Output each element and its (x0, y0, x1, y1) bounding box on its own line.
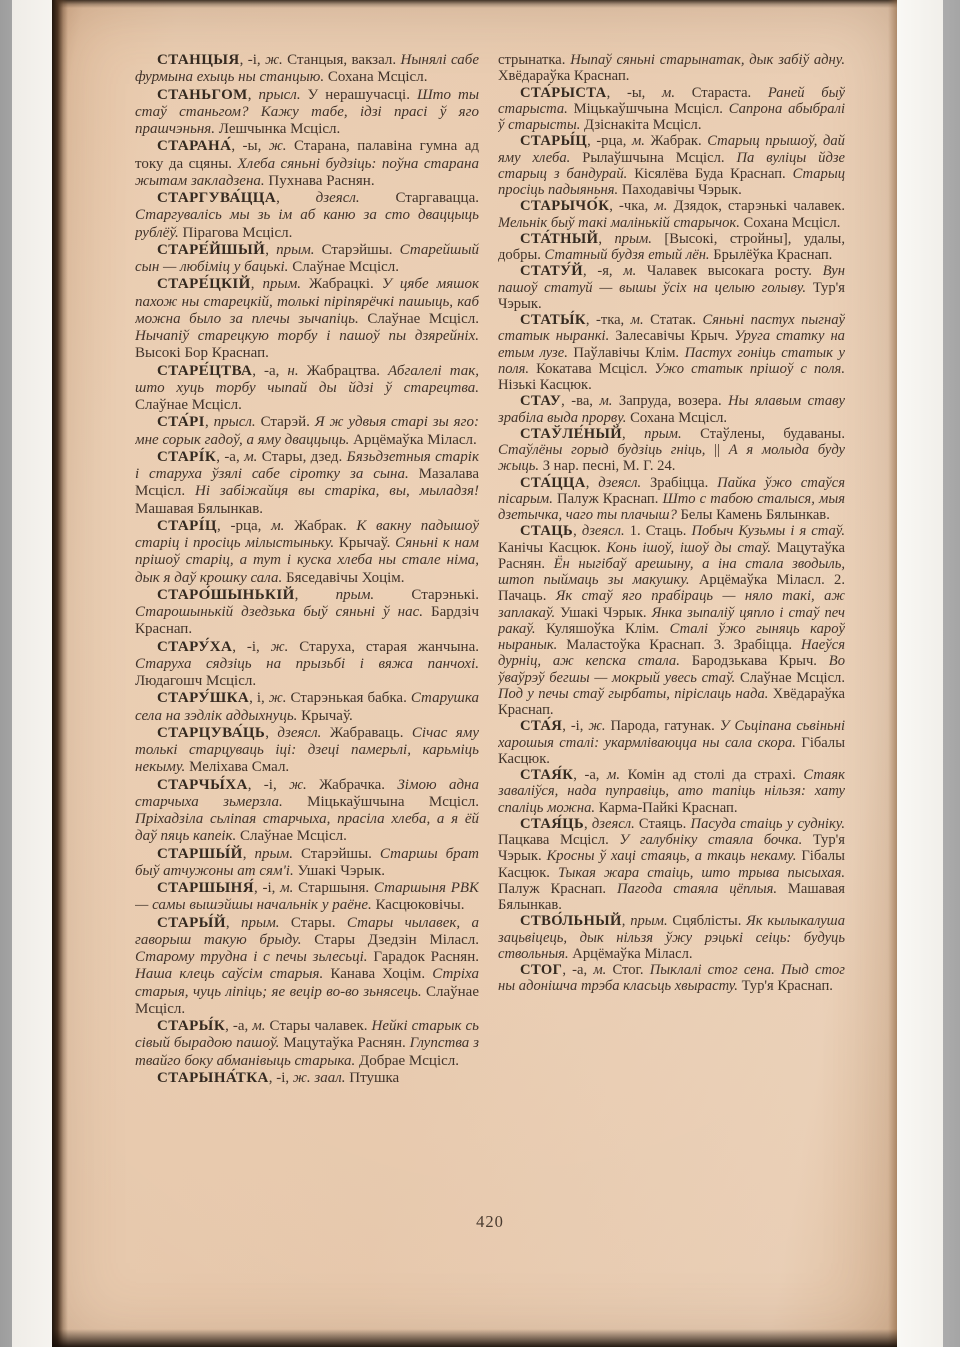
dictionary-entry: СТАРЫ́Й, прым. Стары. Стары чылавек, а г… (135, 915, 479, 1019)
entry-text: , -ы, (607, 85, 662, 101)
dictionary-entry: СТАРЕ́ЦТВА, -а, н. Жабрацтва. Абгалелі т… (135, 363, 479, 415)
entry-text: , -ва, (561, 393, 599, 409)
entry-headword: СТА́РІ (157, 414, 205, 430)
entry-example: м. (593, 962, 606, 978)
entry-text: Статак. (644, 312, 703, 328)
entry-text: , (622, 426, 644, 442)
entry-headword: СТАРЕ́ЦТВА (157, 363, 252, 379)
page-edge-shadow-bottom (52, 1329, 897, 1347)
entry-text: Старэй. (256, 414, 315, 430)
dictionary-entry: СТВО́ЛЬНЫЙ, прым. Сцяблісты. Як кылыкалу… (498, 913, 845, 962)
entry-text: Нізькі Касцюк. (498, 377, 592, 393)
entry-text: Пацкава Мсцісл. (498, 832, 619, 848)
entry-text: , -і, (248, 777, 289, 793)
entry-example: У галубніку стаяла бочка. (619, 832, 802, 848)
entry-headword: СТАНЬГОМ (157, 87, 248, 103)
entry-headword: СТАРЫНА́ТКА (157, 1070, 269, 1086)
entry-text: Міцькаўшчына Мсцісл. (283, 794, 479, 810)
entry-example: ж. (269, 690, 287, 706)
entry-headword: СТАРІ́Ц (157, 518, 217, 534)
entry-example: м. (599, 393, 612, 409)
entry-example: ж. (269, 138, 287, 154)
dictionary-column-right: стрынатка. Ныпаў сяньні старынатак, дык … (498, 52, 845, 1214)
entry-text: Канава Хоцім. (323, 966, 432, 982)
entry-example: Стаўлёны горыд будзіць гніць, (498, 442, 705, 458)
entry-text: , -а, (252, 363, 287, 379)
entry-example: м. (244, 449, 257, 465)
entry-headword: СТАТЫ́К (520, 312, 586, 328)
entry-text: Дзіснакіта Мсцісл. (580, 117, 701, 133)
book-page: СТАНЦЫЯ, -і, ж. Станцыя, вакзал. Нынялі … (52, 0, 897, 1347)
entry-example: м. (654, 198, 667, 214)
entry-example: Ні забіжайця вы старіка, вы, мыладзя! (195, 483, 479, 499)
dictionary-entry: СТАРЫЧО́К, -чка, м. Дзядок, старэнькі ча… (498, 198, 845, 231)
entry-text: , -рца, (217, 518, 271, 534)
entry-text: Стараста. (675, 85, 768, 101)
dictionary-entry: СТАНЦЫЯ, -і, ж. Станцыя, вакзал. Нынялі … (135, 52, 479, 87)
dictionary-entry: СТАРЫ́К, -а, м. Стары чалавек. Нейкі ста… (135, 1018, 479, 1070)
entry-text: , (276, 190, 316, 206)
scanned-book-spread: { "document": { "kind": "dictionary page… (0, 0, 960, 1347)
entry-text: Жабрацкі. (301, 276, 382, 292)
entry-text: Меліхава Смал. (185, 759, 289, 775)
entry-example: н. (287, 363, 298, 379)
entry-text: , -а, (562, 962, 593, 978)
dictionary-entry: СТАУ, -ва, м. Запруда, возера. Ны ялавым… (498, 393, 845, 426)
entry-example: прым. (241, 915, 279, 931)
entry-text: Касцюковічы. (372, 897, 465, 913)
entry-text: Старэйшы. (315, 242, 400, 258)
entry-text: Запруда, возера. (612, 393, 728, 409)
entry-text: , -а, (216, 449, 244, 465)
entry-headword: СТАЯ́ЦЬ (520, 816, 584, 832)
entry-text: Пірагова Мсцісл. (179, 225, 293, 241)
entry-text: Арцёмаўка Міласл. (349, 432, 476, 448)
entry-text: Слаўнае Мсцісл. (135, 397, 242, 413)
entry-text: Жабрацтва. (299, 363, 388, 379)
entry-text: , -чка, (609, 198, 654, 214)
entry-headword: СТАРЫ́К (157, 1018, 225, 1034)
entry-example: Нычапіў старецкую торбу і пашоў пы дзяре… (135, 328, 479, 344)
entry-example: Наша клець саўсім старыя. (135, 966, 323, 982)
entry-headword: СТА́Я (520, 718, 562, 734)
entry-text: Старэйшы. (293, 846, 380, 862)
entry-text: Стаўлены, будаваны. (682, 426, 845, 442)
entry-headword: СТА́ТНЫЙ (520, 231, 598, 247)
entry-text: , -і, (240, 52, 265, 68)
entry-headword: СТАРГУВА́ЦЦА (157, 190, 276, 206)
entry-example: ж. заал. (293, 1070, 346, 1086)
dictionary-entry: СТОГ, -а, м. Стог. Пыклалі стог сена. Пы… (498, 962, 845, 995)
dictionary-entry: СТАРІ́Ц, -рца, м. Жабрак. К вакну падышо… (135, 518, 479, 587)
entry-text: Чалавек высокага росту. (636, 263, 822, 279)
entry-headword: СТАРУ́ХА (157, 639, 232, 655)
entry-text: , -і, (269, 1070, 293, 1086)
entry-text: , (295, 587, 336, 603)
dictionary-entry: СТАЯ́К, -а, м. Комін ад столі да страхі.… (498, 767, 845, 816)
entry-example: Ужо статык прішоў с поля. (654, 361, 845, 377)
entry-example: Старошынькій дзедзька быў сяньні ў нас. (135, 604, 423, 620)
entry-text: , -я, (583, 263, 623, 279)
entry-text: , (584, 816, 592, 832)
entry-text: , -а, (225, 1018, 252, 1034)
dictionary-entry: СТАРЫ́Ц, -рца, м. Жабрак. Старыц прышоў,… (498, 133, 845, 198)
entry-headword: СТАНЦЫЯ (157, 52, 240, 68)
entry-text: Слаўнае Мсцісл. (236, 828, 347, 844)
dictionary-entry: стрынатка. Ныпаў сяньні старынатак, дык … (498, 52, 845, 85)
entry-text: Старуха, старая жанчына. (288, 639, 479, 655)
entry-text: Комін ад столі да страхі. (620, 767, 803, 783)
entry-text: Станцыя, вакзал. (283, 52, 401, 68)
entry-text: Жабрачка. (307, 777, 398, 793)
entry-example: дзеясл. (592, 816, 635, 832)
entry-text: У нерашучасці. (301, 87, 417, 103)
page-edge-shadow-left (52, 0, 68, 1347)
entry-text: Парода, гатунак. (606, 718, 720, 734)
entry-headword: СТАЎЛЕ́НЫЙ (520, 426, 622, 442)
entry-example: прысл. (258, 87, 300, 103)
entry-text: Карма-Пайкі Краснап. (595, 800, 737, 816)
dictionary-entry: СТАТУ́Й, -я, м. Чалавек высокага росту. … (498, 263, 845, 312)
entry-text: Белы Камень Бялынкав. (677, 507, 830, 523)
entry-headword: СТАУ (520, 393, 561, 409)
entry-text: Хвёдараўка Краснап. (498, 68, 629, 84)
entry-text: , -і, (562, 718, 588, 734)
entry-text: , (265, 725, 277, 741)
dictionary-entry: СТАЯ́ЦЬ, дзеясл. Стаяць. Пасуда стаіць у… (498, 816, 845, 914)
entry-text: Брылёўка Краснап. (710, 247, 833, 263)
dictionary-entry: СТАРЕ́ЙШЫЙ, прым. Старэйшы. Старейшый сы… (135, 242, 479, 277)
entry-example: прым. (644, 426, 681, 442)
entry-text: Старэнькі. (374, 587, 479, 603)
entry-headword: СТАЦЬ (520, 523, 573, 539)
entry-example: м. (662, 85, 675, 101)
entry-text: , -а, (573, 767, 607, 783)
dictionary-entry: СТАРЕ́ЦКІЙ, прым. Жабрацкі. У цябе мяшок… (135, 276, 479, 362)
entry-example: Старуха сядзіць на прызьбі і вяжа панчох… (135, 656, 479, 672)
entry-text: Людагошч Мсцісл. (135, 673, 256, 689)
entry-headword: СТАРЕ́ЦКІЙ (157, 276, 251, 292)
entry-text: Жабраваць. (321, 725, 411, 741)
entry-text: Старшыня. (293, 880, 373, 896)
dictionary-entry: СТАРУ́ХА, -і, ж. Старуха, старая жанчына… (135, 639, 479, 691)
entry-example: дзеясл. (582, 523, 625, 539)
entry-text: Маластоўка Краснап. 3. Зрабіцца. (557, 637, 801, 653)
entry-example: Побыч Кузьмы і я стаў. (691, 523, 845, 539)
entry-headword: СТАТУ́Й (520, 263, 583, 279)
dictionary-entry: СТАРО́ШЫНЬКІЙ, прым. Старэнькі. Старошын… (135, 587, 479, 639)
entry-example: Пагода стаяла цёплыя. (617, 881, 777, 897)
entry-text: , і, (249, 690, 269, 706)
entry-text: Сцяблісты. (668, 913, 746, 929)
entry-text: Слаўнае Мсцісл. (359, 311, 479, 327)
entry-text: , (251, 276, 263, 292)
entry-headword: СТАРІ́К (157, 449, 216, 465)
entry-text: Пухнава Раснян. (265, 173, 375, 189)
entry-text: Паўлавічы Клім. (568, 345, 685, 361)
page-number: 420 (455, 1212, 525, 1232)
entry-text: Жабрак. (284, 518, 356, 534)
entry-example: Старому трудна і с печы зьлесьці. (135, 949, 368, 965)
entry-text: Кісялёва Буда Краснап. (627, 166, 792, 182)
entry-text: Кокатава Мсцісл. (529, 361, 654, 377)
entry-example: прым. (276, 242, 314, 258)
entry-text: Міцькаўшчына Мсцісл. (568, 101, 729, 117)
entry-text: Сохана Мсцісл. (324, 69, 427, 85)
entry-text: Бяседавічы Хоцім. (282, 570, 404, 586)
entry-example: прым. (336, 587, 374, 603)
entry-example: Ныпаў сяньні старынатак, дык забіў адну. (570, 52, 845, 68)
dictionary-entry: СТАРЦУВА́ЦЬ, дзеясл. Жабраваць. Січас ям… (135, 725, 479, 777)
entry-example: Мельнік быў такі малінькій старычок. (498, 215, 740, 231)
entry-headword: СТАЯ́К (520, 767, 573, 783)
entry-headword: СТА́ЦЦА (520, 475, 586, 491)
entry-example: м. (632, 133, 645, 149)
dictionary-column-left: СТАНЦЫЯ, -і, ж. Станцыя, вакзал. Нынялі … (135, 52, 479, 1197)
entry-example: Статный будзя етый лён. (545, 247, 710, 263)
entry-headword: СТАРЫ́Й (157, 915, 226, 931)
entry-text: Птушка (346, 1070, 400, 1086)
entry-headword: СТАРЕ́ЙШЫЙ (157, 242, 265, 258)
entry-text: , -і, (254, 880, 280, 896)
entry-example: ж. (271, 639, 289, 655)
entry-text: Зрабіцца. (641, 475, 717, 491)
entry-text: Канічы Касцюк. (498, 540, 606, 556)
entry-text: Тур'я Краснап. (738, 978, 833, 994)
entry-text: , -ы, (231, 138, 269, 154)
entry-headword: СТАРУ́ШКА (157, 690, 249, 706)
dictionary-entry: СТАЦЬ, дзеясл. 1. Стаць. Побыч Кузьмы і … (498, 523, 845, 718)
entry-headword: СТВО́ЛЬНЫЙ (520, 913, 622, 929)
entry-text: Стары. (280, 915, 347, 931)
dictionary-entry: СТА́ТНЫЙ, прым. [Высокі, стройны], удалы… (498, 231, 845, 264)
dictionary-entry: СТАРЫНА́ТКА, -і, ж. заал. Птушка (135, 1070, 479, 1087)
entry-text: , -тка, (586, 312, 631, 328)
dictionary-entry: СТАРШЫНЯ́, -і, м. Старшыня. Старшыня РВК… (135, 880, 479, 915)
entry-text: , (226, 915, 241, 931)
entry-text: , -рца, (587, 133, 632, 149)
dictionary-entry: СТА́ЦЦА, дзеясл. Зрабіцца. Пайка ўжо ста… (498, 475, 845, 524)
entry-text: , (265, 242, 276, 258)
entry-text: , (586, 475, 599, 491)
entry-example: м. (252, 1018, 265, 1034)
entry-text: Паходавічы Чэрык. (618, 182, 742, 198)
entry-text: Крычаў. (334, 535, 395, 551)
entry-headword: СТА́РЫСТА (520, 85, 607, 101)
entry-example: прысл. (214, 414, 256, 430)
entry-text: Высокі Бор Краснап. (135, 345, 269, 361)
entry-example: прым. (255, 846, 293, 862)
entry-text: 1. Стаць. (625, 523, 692, 539)
entry-text: Стог. (606, 962, 649, 978)
entry-text: Залесавічы Крыч. (609, 328, 734, 344)
entry-headword: СТАРШЫНЯ́ (157, 880, 254, 896)
entry-example: прым. (630, 913, 667, 929)
entry-example: дзеясл. (277, 725, 321, 741)
entry-text: Ушакі Чэрык. (555, 605, 651, 621)
entry-text: Стары, дзед. (257, 449, 346, 465)
entry-example: м. (631, 312, 644, 328)
entry-example: Под у печы стаў гырбаты, піріслаць нада. (498, 686, 768, 702)
entry-text: Рылаўшчына Мсцісл. (570, 150, 736, 166)
entry-text: Старэнькая бабка. (286, 690, 410, 706)
page-edge-shadow-top (52, 0, 897, 8)
entry-text: Стаяць. (635, 816, 691, 832)
entry-text: Дзядок, старэнькі чалавек. (667, 198, 845, 214)
entry-example: Кросны ў хаці стаяць, а ткаць некаму. (547, 848, 797, 864)
entry-headword: СТАРАНА́ (157, 138, 231, 154)
entry-text: Сохана Мсцісл. (626, 410, 727, 426)
entry-text: Куляшоўка Клім. (536, 621, 670, 637)
dictionary-entry: СТАРУ́ШКА, і, ж. Старэнькая бабка. Стару… (135, 690, 479, 725)
entry-headword: СТАРЫ́Ц (520, 133, 587, 149)
entry-text: Палуж Краснап. (553, 491, 663, 507)
entry-text: , (243, 846, 255, 862)
dictionary-entry: СТА́Я, -і, ж. Парода, гатунак. У Сьціпан… (498, 718, 845, 767)
entry-text: , -і, (232, 639, 270, 655)
entry-example: Пасуда стаіць у судніку. (691, 816, 845, 832)
entry-example: ж. (265, 52, 283, 68)
entry-text: Сохана Мсцісл. (740, 215, 841, 231)
entry-example: ж. (289, 777, 307, 793)
page-edge-shadow-right (888, 0, 897, 1347)
entry-text: Слаўнае Мсцісл. (735, 670, 845, 686)
entry-headword: СТАРШЫ́Й (157, 846, 243, 862)
entry-text: || (705, 442, 728, 458)
entry-example: прым. (263, 276, 301, 292)
entry-text: Добрае Мсцісл. (355, 1053, 459, 1069)
dictionary-entry: СТАРГУВА́ЦЦА, дзеясл. Старгавацца. Старг… (135, 190, 479, 242)
entry-text: Машавая Бялынкав. (135, 501, 263, 517)
dictionary-entry: СТАРАНА́, -ы, ж. Старана, палавіна гумна… (135, 138, 479, 190)
entry-text: Мацутаўка Раснян. (279, 1035, 409, 1051)
entry-text: Стары чалавек. (266, 1018, 372, 1034)
entry-text: Гарадок Раснян. (368, 949, 479, 965)
entry-example: прым. (614, 231, 651, 247)
dictionary-entry: СТАРЧЫ́ХА, -і, ж. Жабрачка. Зімою адна с… (135, 777, 479, 846)
entry-text: Старгавацца. (360, 190, 479, 206)
entry-example: ж. (588, 718, 605, 734)
dictionary-entry: СТАНЬГОМ, прысл. У нерашучасці. Што ты с… (135, 87, 479, 139)
entry-example: м. (607, 767, 620, 783)
entry-text: Палуж Краснап. (498, 881, 617, 897)
entry-text: Жабрак. (645, 133, 707, 149)
entry-text: , (205, 414, 214, 430)
dictionary-entry: СТАЎЛЕ́НЫЙ, прым. Стаўлены, будаваны. Ст… (498, 426, 845, 475)
entry-text: Стары Дзедзін Міласл. (301, 932, 479, 948)
entry-example: Конь ішоў, ішоў ды стаў. (606, 540, 771, 556)
entry-text: , (622, 913, 630, 929)
dictionary-entry: СТАРІ́К, -а, м. Стары, дзед. Бязьдзетныя… (135, 449, 479, 518)
entry-text: Крычаў. (297, 708, 352, 724)
entry-text: , (573, 523, 582, 539)
entry-example: Тыкая жара стаіць, што трыва пысыхая. (558, 865, 845, 881)
entry-text: Лешчынка Мсцісл. (215, 121, 340, 137)
entry-headword: СТОГ (520, 962, 562, 978)
entry-example: дзеясл. (316, 190, 360, 206)
entry-example: м. (280, 880, 293, 896)
entry-headword: СТАРЧЫ́ХА (157, 777, 248, 793)
entry-headword: СТАРЦУВА́ЦЬ (157, 725, 265, 741)
dictionary-entry: СТА́РЫСТА, -ы, м. Стараста. Раней быў ст… (498, 85, 845, 134)
entry-text: Слаўнае Мсцісл. (288, 259, 399, 275)
entry-headword: СТАРО́ШЫНЬКІЙ (157, 587, 295, 603)
entry-text: стрынатка. (498, 52, 570, 68)
entry-example: м. (623, 263, 636, 279)
entry-text: Бародзькава Крыч. (680, 653, 829, 669)
entry-headword: СТАРЫЧО́К (520, 198, 609, 214)
entry-text: З нар. песні, М. Г. 24. (539, 458, 675, 474)
dictionary-entry: СТАТЫ́К, -тка, м. Статак. Сяньні пастух … (498, 312, 845, 393)
dictionary-entry: СТАРШЫ́Й, прым. Старэйшы. Старшы брат бы… (135, 846, 479, 881)
dictionary-entry: СТА́РІ, прысл. Старэй. Я ж удвыя старі з… (135, 414, 479, 449)
entry-example: м. (271, 518, 284, 534)
entry-text: Арцёмаўка Міласл. (569, 946, 693, 962)
entry-example: дзеясл. (598, 475, 641, 491)
entry-text: , (248, 87, 259, 103)
entry-text: Ушакі Чэрык. (294, 863, 385, 879)
entry-text: , (598, 231, 614, 247)
